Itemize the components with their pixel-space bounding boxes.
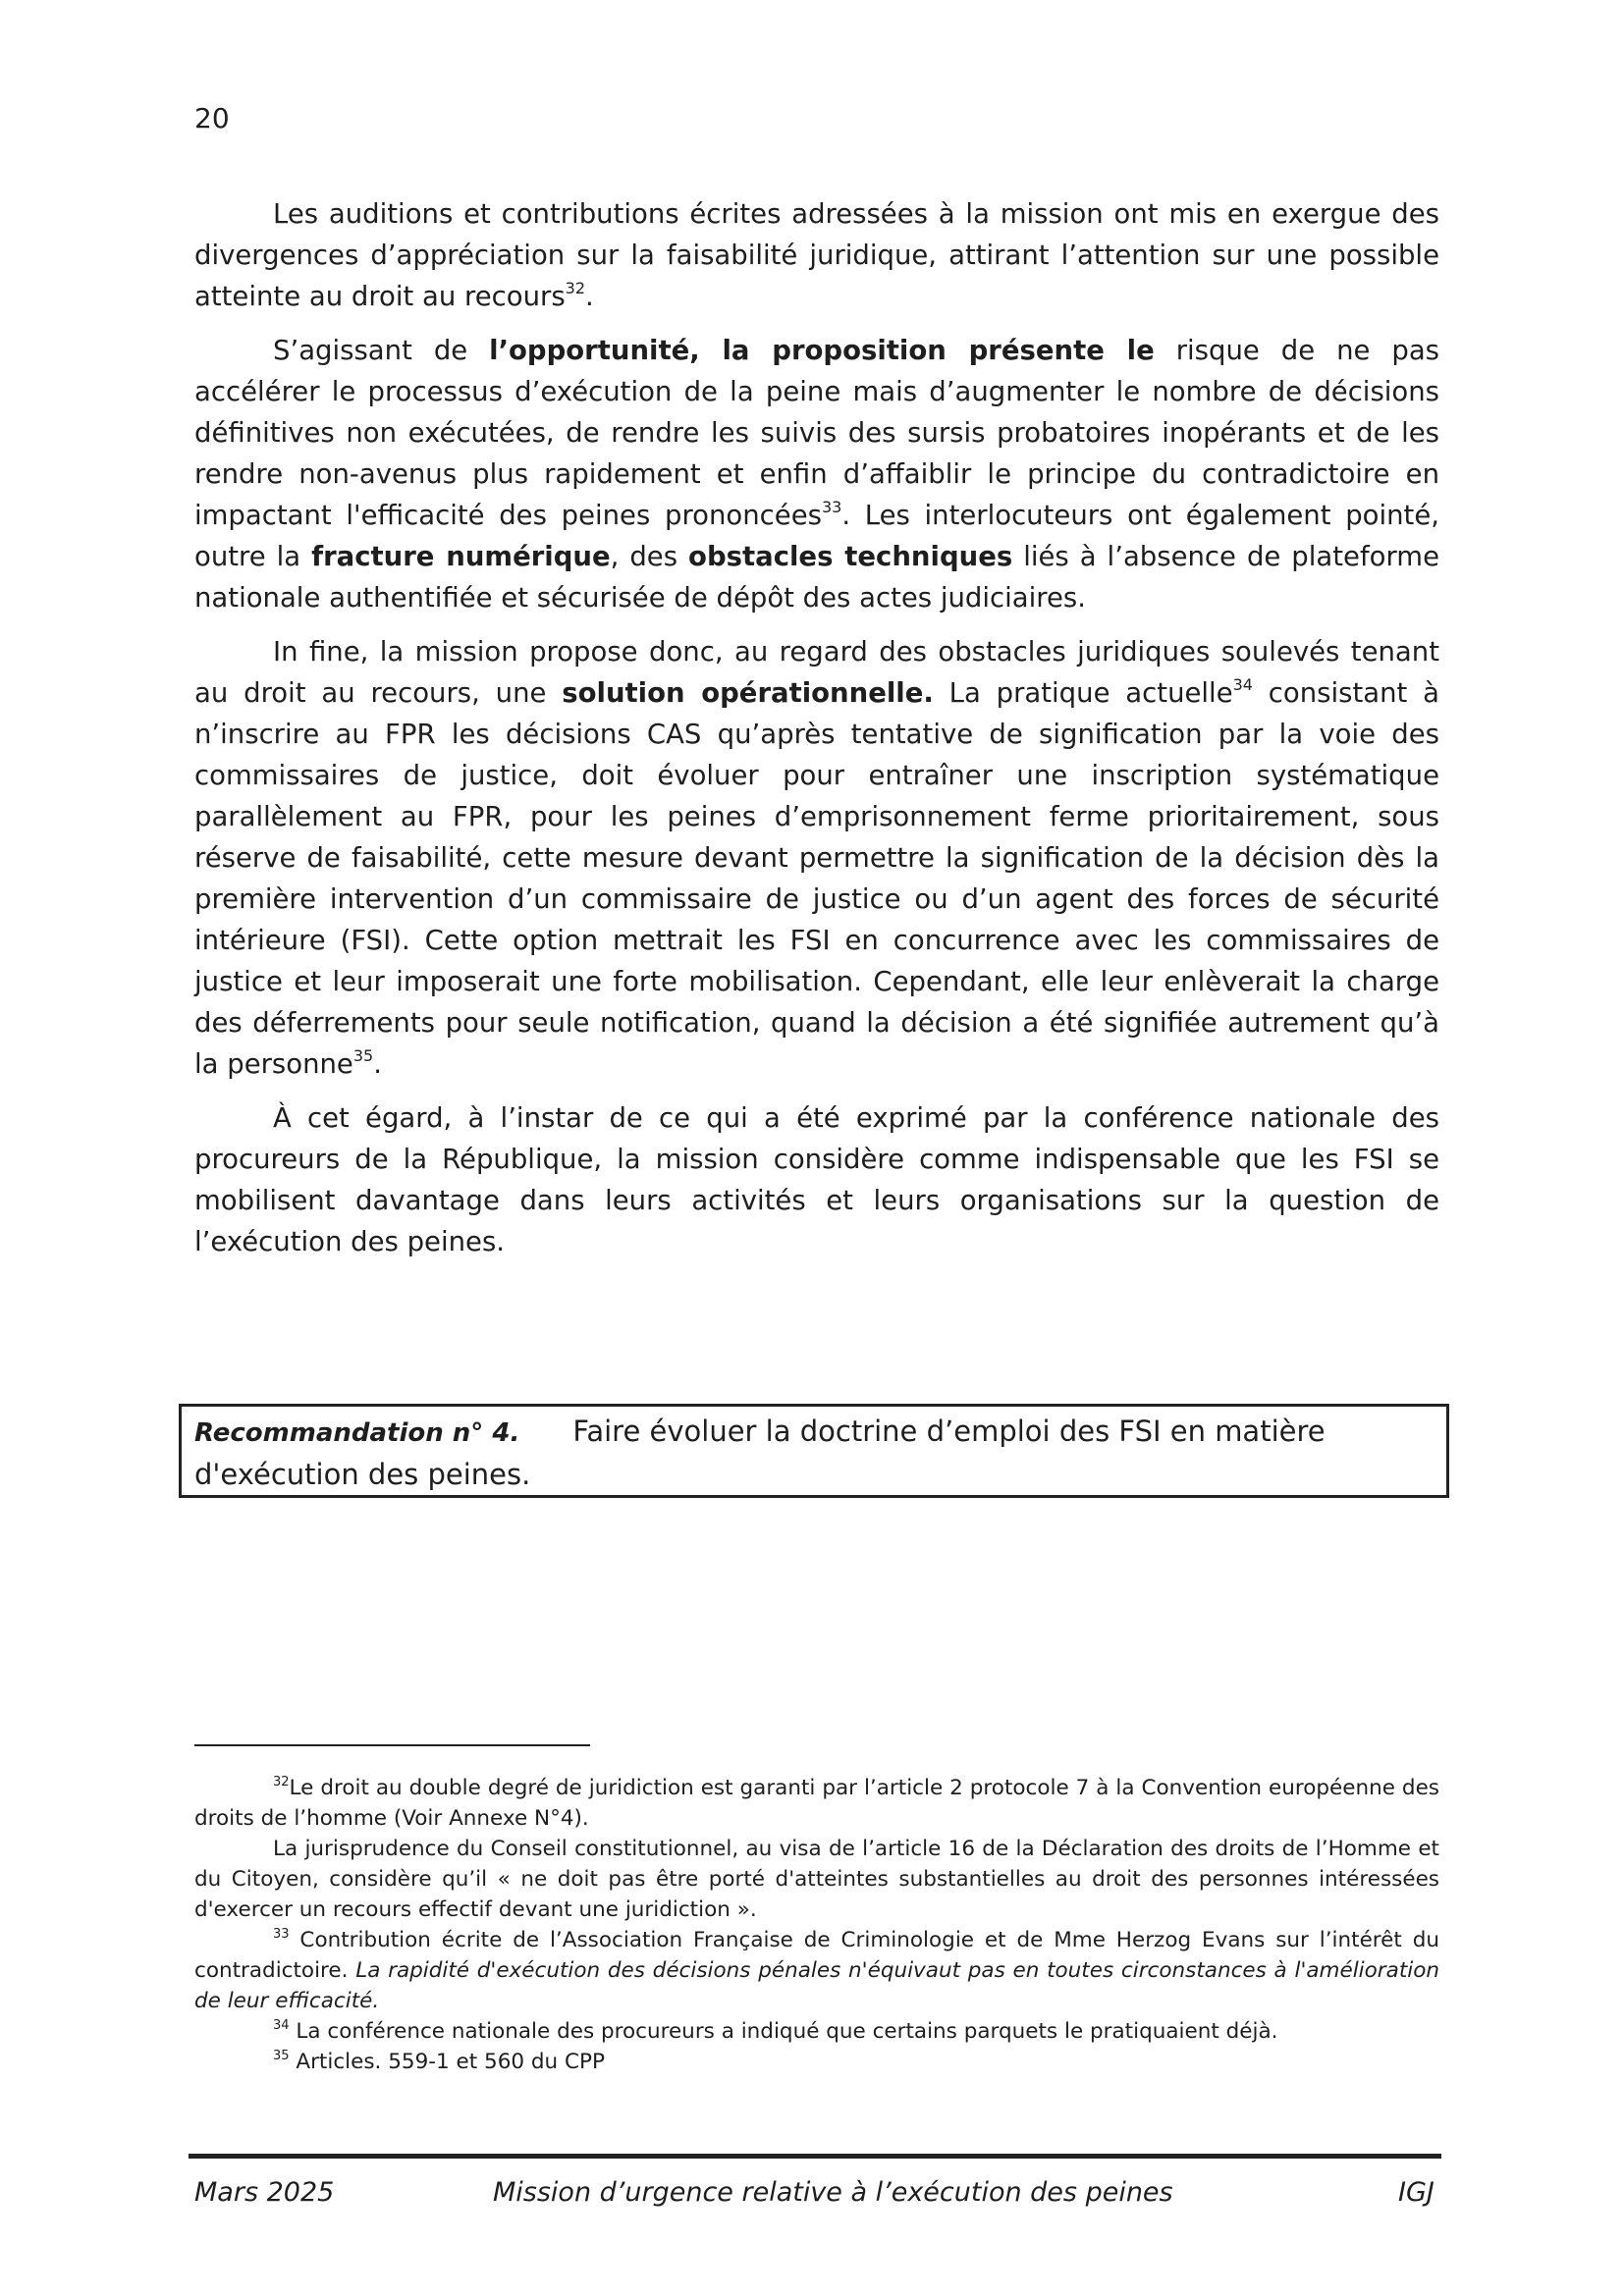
recommendation-box: Recommandation n° 4.Faire évoluer la doc… xyxy=(179,1404,1449,1498)
bold-text: obstacles techniques xyxy=(688,541,1012,572)
footer-rule xyxy=(189,2154,1441,2159)
footer-title: Mission d’urgence relative à l’exécution… xyxy=(493,2177,1173,2208)
footnote-ref: 32 xyxy=(273,1775,290,1789)
bold-text: l’opportunité, la proposition présente l… xyxy=(489,335,1155,366)
body-text: Les auditions et contributions écrites a… xyxy=(194,193,1439,1275)
paragraph: Les auditions et contributions écrites a… xyxy=(194,193,1439,317)
footer-org: IGJ xyxy=(1398,2177,1435,2208)
footnote: 32Le droit au double degré de juridictio… xyxy=(194,1773,1439,1834)
footnote-ref: 33 xyxy=(822,498,841,516)
footnote-ref: 35 xyxy=(273,2049,290,2063)
footnote-ref: 34 xyxy=(1233,675,1253,694)
footer-date: Mars 2025 xyxy=(194,2177,334,2208)
footnote-ref: 34 xyxy=(273,2018,290,2033)
footnote-ref: 32 xyxy=(566,279,585,297)
footnote: La jurisprudence du Conseil constitution… xyxy=(194,1834,1439,1925)
bold-text: fracture numérique xyxy=(311,541,611,572)
footnote-separator xyxy=(194,1744,590,1746)
footnote: 34 La conférence nationale des procureur… xyxy=(194,2016,1439,2047)
bold-text: solution opérationnelle. xyxy=(562,677,934,709)
paragraph: In fine, la mission propose donc, au reg… xyxy=(194,631,1439,1085)
footnote: 35 Articles. 559-1 et 560 du CPP xyxy=(194,2047,1439,2077)
footnote-ref: 33 xyxy=(273,1927,290,1942)
page-number: 20 xyxy=(194,102,230,134)
italic-text: La rapidité d'exécution des décisions pé… xyxy=(194,1958,1439,2013)
footnote: 33 Contribution écrite de l’Association … xyxy=(194,1925,1439,2016)
paragraph: À cet égard, à l’instar de ce qui a été … xyxy=(194,1097,1439,1262)
recommendation-label: Recommandation n° 4. xyxy=(194,1418,519,1448)
paragraph: S’agissant de l’opportunité, la proposit… xyxy=(194,330,1439,618)
footnote-ref: 35 xyxy=(353,1046,373,1065)
footnotes: 32Le droit au double degré de juridictio… xyxy=(194,1773,1439,2077)
